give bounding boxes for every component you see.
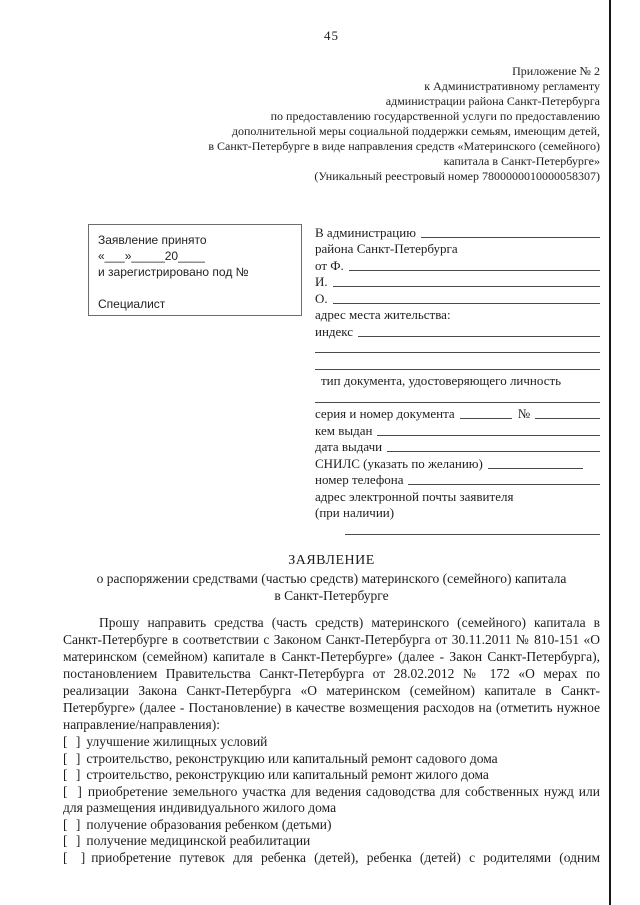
- surname-row: от Ф.: [315, 257, 600, 274]
- checkbox-brackets: [ ]: [63, 784, 82, 799]
- issue-date-label: дата выдачи: [315, 439, 382, 455]
- postcode-label: индекс: [315, 324, 353, 340]
- option-row: [ ]получение образования ребенком (детьм…: [63, 817, 600, 834]
- directions-options-list: [ ]улучшение жилищных условий [ ]строите…: [63, 734, 600, 866]
- option-label: строительство, реконструкцию или капитал…: [86, 767, 489, 782]
- checkbox-brackets: [ ]: [63, 734, 80, 749]
- document-page: 45 Приложение № 2 к Административному ре…: [0, 0, 640, 905]
- doc-type-caption: тип документа, удостоверяющего личность: [315, 373, 561, 389]
- issued-by-label: кем выдан: [315, 423, 372, 439]
- option-label: улучшение жилищных условий: [86, 734, 267, 749]
- email-blank: [345, 522, 600, 535]
- firstname-blank: [333, 274, 600, 287]
- checkbox-brackets: [ ]: [63, 817, 80, 832]
- number-sign: №: [518, 406, 530, 422]
- address-blank: [315, 357, 600, 370]
- administration-blank: [421, 225, 600, 238]
- option-label: приобретение путевок для ребенка (детей)…: [91, 850, 600, 865]
- number-blank: [535, 406, 600, 419]
- option-label: получение образования ребенком (детьми): [86, 817, 331, 832]
- application-subtitle: о распоряжении средствами (частью средст…: [63, 570, 600, 587]
- option-row: [ ]строительство, реконструкцию или капи…: [63, 751, 600, 768]
- issued-by-blank: [377, 423, 600, 436]
- series-blank: [460, 406, 512, 419]
- address-blank-row: [315, 340, 600, 357]
- option-row: [ ]приобретение земельного участка для в…: [63, 784, 600, 817]
- acceptance-registration-line: и зарегистрировано под №: [98, 264, 293, 280]
- checkbox-brackets: [ ]: [63, 751, 80, 766]
- email-label: адрес электронной почты заявителя: [315, 489, 513, 505]
- firstname-label: И.: [315, 274, 328, 290]
- annex-line: (Уникальный реестровый номер 78000000100…: [63, 169, 600, 184]
- issue-date-row: дата выдачи: [315, 439, 600, 456]
- email-label-optional: (при наличии): [315, 505, 394, 521]
- option-label: приобретение земельного участка для веде…: [63, 784, 600, 816]
- email-blank-row: [315, 521, 600, 538]
- series-number-row: серия и номер документа №: [315, 406, 600, 423]
- annex-line: в Санкт-Петербурге в виде направления ср…: [63, 139, 600, 154]
- phone-blank: [408, 472, 600, 485]
- phone-row: номер телефона: [315, 472, 600, 489]
- series-number-label: серия и номер документа: [315, 406, 455, 422]
- address-row: адрес места жительства:: [315, 307, 600, 324]
- option-label: получение медицинской реабилитации: [86, 833, 310, 848]
- email-label-row2: (при наличии): [315, 505, 600, 522]
- patronymic-label: О.: [315, 291, 328, 307]
- address-blank: [315, 340, 600, 353]
- postcode-blank: [358, 324, 600, 337]
- administration-row: В администрацию: [315, 224, 600, 241]
- page-number: 45: [63, 28, 600, 46]
- email-label-row: адрес электронной почты заявителя: [315, 488, 600, 505]
- annex-line: капитала в Санкт-Петербурге»: [63, 154, 600, 169]
- firstname-row: И.: [315, 274, 600, 291]
- option-row: [ ]получение медицинской реабилитации: [63, 833, 600, 850]
- application-title: ЗАЯВЛЕНИЕ: [63, 552, 600, 570]
- header-forms-section: Заявление принято «___»_____20____ и зар…: [63, 224, 600, 536]
- acceptance-date-line: Заявление принято «___»_____20____: [98, 232, 293, 264]
- checkbox-brackets: [ ]: [63, 833, 80, 848]
- annex-line: администрации района Санкт-Петербурга: [63, 94, 600, 109]
- postcode-row: индекс: [315, 323, 600, 340]
- surname-blank: [349, 258, 600, 271]
- doc-type-caption-row: тип документа, удостоверяющего личность: [315, 373, 600, 390]
- snils-blank: [488, 456, 583, 469]
- district-row: района Санкт-Петербурга: [315, 241, 600, 258]
- administration-label: В администрацию: [315, 225, 416, 241]
- issued-by-row: кем выдан: [315, 422, 600, 439]
- district-label: района Санкт-Петербурга: [315, 241, 458, 257]
- specialist-label: Специалист: [98, 296, 293, 312]
- acceptance-stamp-box: Заявление принято «___»_____20____ и зар…: [88, 224, 302, 316]
- option-row: [ ]улучшение жилищных условий: [63, 734, 600, 751]
- phone-label: номер телефона: [315, 472, 403, 488]
- annex-line: дополнительной меры социальной поддержки…: [63, 124, 600, 139]
- patronymic-blank: [333, 291, 600, 304]
- annex-line: по предоставлению государственной услуги…: [63, 109, 600, 124]
- spacer: [98, 280, 293, 296]
- annex-header: Приложение № 2 к Административному регла…: [63, 64, 600, 184]
- checkbox-brackets: [ ]: [63, 850, 85, 865]
- option-label: строительство, реконструкцию или капитал…: [86, 751, 497, 766]
- scan-artifact-line: [609, 0, 611, 905]
- surname-label: от Ф.: [315, 258, 344, 274]
- patronymic-row: О.: [315, 290, 600, 307]
- recipient-form: В администрацию района Санкт-Петербурга …: [315, 224, 600, 538]
- doc-type-blank-row: [315, 389, 600, 406]
- issue-date-blank: [387, 439, 600, 452]
- annex-line: Приложение № 2: [63, 64, 600, 79]
- option-row: [ ]приобретение путевок для ребенка (дет…: [63, 850, 600, 867]
- doc-type-blank: [315, 390, 600, 403]
- snils-label: СНИЛС (указать по желанию): [315, 456, 483, 472]
- address-blank-row: [315, 356, 600, 373]
- application-body: Прошу направить средства (часть средств)…: [63, 614, 600, 733]
- checkbox-brackets: [ ]: [63, 767, 80, 782]
- option-row: [ ]строительство, реконструкцию или капи…: [63, 767, 600, 784]
- annex-line: к Административному регламенту: [63, 79, 600, 94]
- application-subtitle-city: в Санкт-Петербурге: [63, 587, 600, 604]
- snils-row: СНИЛС (указать по желанию): [315, 455, 600, 472]
- address-label: адрес места жительства:: [315, 307, 451, 323]
